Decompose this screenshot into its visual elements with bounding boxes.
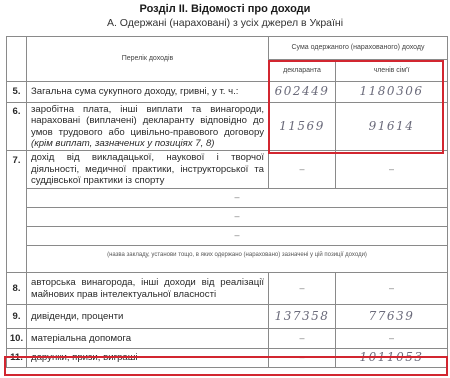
row-description: дивіденди, проценти [27,305,269,329]
row-number: 7. [7,151,27,273]
row-number: 8. [7,273,27,305]
header-declarant: декларанта [269,60,336,82]
table-row-6: 6. заробітна плата, інші виплати та вина… [7,103,448,151]
header-sum-group: Сума одержаного (нарахованого) доходу [269,37,448,60]
row-number: 11. [7,349,27,368]
family-value: – [336,329,448,349]
family-value: – [336,151,448,189]
section-subtitle: А. Одержані (нараховані) з усіх джерел в… [0,17,450,29]
row-description-main: заробітна плата, інші виплати та винагор… [31,104,264,138]
table-row-10: 10. матеріальна допомога – – [7,329,448,349]
row-description-italic: (крім виплат, зазначених у позиціях 7, 8… [31,138,214,149]
table-row-9: 9. дивіденди, проценти 137358 77639 [7,305,448,329]
declarant-value: 137358 [269,305,336,329]
table-row-7: 7. дохід від викладацької, наукової і тв… [7,151,448,189]
declarant-value: – [269,349,336,368]
row7-subline: – [27,189,448,208]
row-number: 6. [7,103,27,151]
row-description: заробітна плата, інші виплати та винагор… [27,103,269,151]
section-title: Розділ II. Відомості про доходи [0,3,450,15]
row7-subline: – [27,227,448,246]
row-description: дохід від викладацької, наукової і творч… [27,151,269,189]
header-family: членів сім'ї [336,60,448,82]
income-table: Перелік доходів Сума одержаного (нарахов… [6,36,448,368]
declarant-value: – [269,329,336,349]
declarant-value: – [269,151,336,189]
row-description: авторська винагорода, інші доходи від ре… [27,273,269,305]
header-num-cell [7,37,27,82]
row-description: дарунки, призи, виграші [27,349,269,368]
row-number: 5. [7,82,27,103]
header-list: Перелік доходів [27,37,269,82]
row-number: 9. [7,305,27,329]
family-value: 1011053 [336,349,448,368]
row-number: 10. [7,329,27,349]
row-description: Загальна сума сукупного доходу, гривні, … [27,82,269,103]
declarant-value: 11569 [269,103,336,151]
family-value: – [336,273,448,305]
declarant-value: – [269,273,336,305]
table-row-8: 8. авторська винагорода, інші доходи від… [7,273,448,305]
declarant-value: 602449 [269,82,336,103]
row7-subline: – [27,208,448,227]
row7-note: (назва закладу, установи тощо, в яких од… [27,246,448,273]
family-value: 77639 [336,305,448,329]
table-row-5: 5. Загальна сума сукупного доходу, гривн… [7,82,448,103]
family-value: 91614 [336,103,448,151]
family-value: 1180306 [336,82,448,103]
row-description: матеріальна допомога [27,329,269,349]
table-row-11: 11. дарунки, призи, виграші – 1011053 [7,349,448,368]
